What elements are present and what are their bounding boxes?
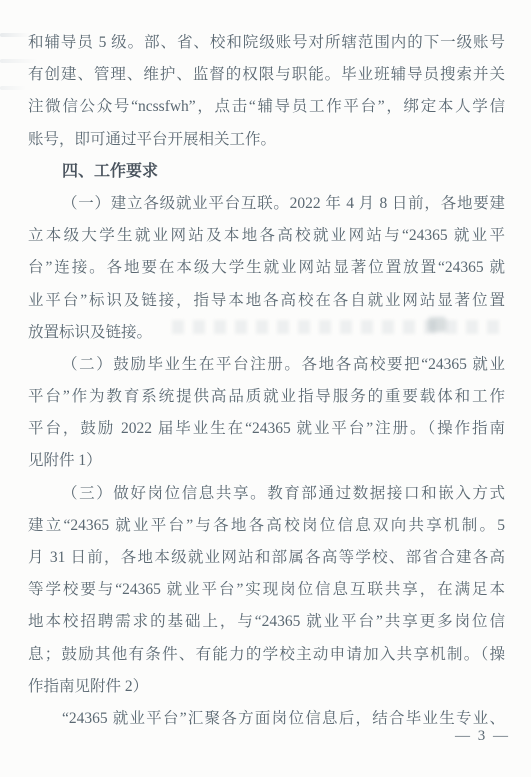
- text-line: （一）建立各级就业平台互联。2022 年 4 月 8 日前，各地要建: [28, 188, 505, 220]
- text-line: 作指南见附件 2）: [28, 671, 505, 703]
- text-line: 见附件 1）: [28, 445, 505, 477]
- document-page: 和辅导员 5 级。部、省、校和院级账号对所辖范围内的下一级账号 有创建、管理、维…: [0, 0, 531, 777]
- scan-streak: [0, 86, 26, 90]
- text-line: 月 31 日前，各地本级就业网站和部属各高等学校、部省合建各高: [28, 542, 505, 574]
- text-line: 放置标识及链接。: [28, 317, 505, 349]
- text-line: 业平台”标识及链接，指导本地各高校在各自就业网站显著位置: [28, 285, 505, 317]
- section-heading: 四、工作要求: [28, 156, 505, 188]
- text-line: 地本校招聘需求的基础上，与“24365 就业平台”共享更多岗位信: [28, 606, 505, 638]
- text-line: 息；鼓励其他有条件、有能力的学校主动申请加入共享机制。（操: [28, 639, 505, 671]
- text-line: （三）做好岗位信息共享。教育部通过数据接口和嵌入方式: [28, 478, 505, 510]
- text-line: 平台，鼓励 2022 届毕业生在“24365 就业平台”注册。（操作指南: [28, 413, 505, 445]
- page-number: — 3 —: [455, 724, 510, 748]
- text-line: 等学校要与“24365 就业平台”实现岗位信息互联共享，在满足本: [28, 574, 505, 606]
- text-line: 账号，即可通过平台开展相关工作。: [28, 124, 505, 156]
- scan-streak: [0, 33, 30, 37]
- text-line: 台”连接。各地要在本级大学生就业网站显著位置放置“24365 就: [28, 252, 505, 284]
- text-line: （二）鼓励毕业生在平台注册。各地各高校要把“24365 就业: [28, 349, 505, 381]
- text-line: 和辅导员 5 级。部、省、校和院级账号对所辖范围内的下一级账号: [28, 27, 505, 59]
- text-line: 注微信公众号“ncssfwh”，点击“辅导员工作平台”，绑定本人学信: [28, 91, 505, 123]
- text-line: 平台”作为教育系统提供高品质就业指导服务的重要载体和工作: [28, 381, 505, 413]
- text-line: 建立“24365 就业平台”与各地各高校岗位信息双向共享机制。5: [28, 510, 505, 542]
- document-body: 和辅导员 5 级。部、省、校和院级账号对所辖范围内的下一级账号 有创建、管理、维…: [28, 27, 505, 735]
- text-line: 立本级大学生就业网站及本地各高校就业网站与“24365 就业平: [28, 220, 505, 252]
- text-line: 有创建、管理、维护、监督的权限与职能。毕业班辅导员搜索并关: [28, 59, 505, 91]
- text-line: “24365 就业平台”汇聚各方面岗位信息后，结合毕业生专业、: [28, 703, 505, 735]
